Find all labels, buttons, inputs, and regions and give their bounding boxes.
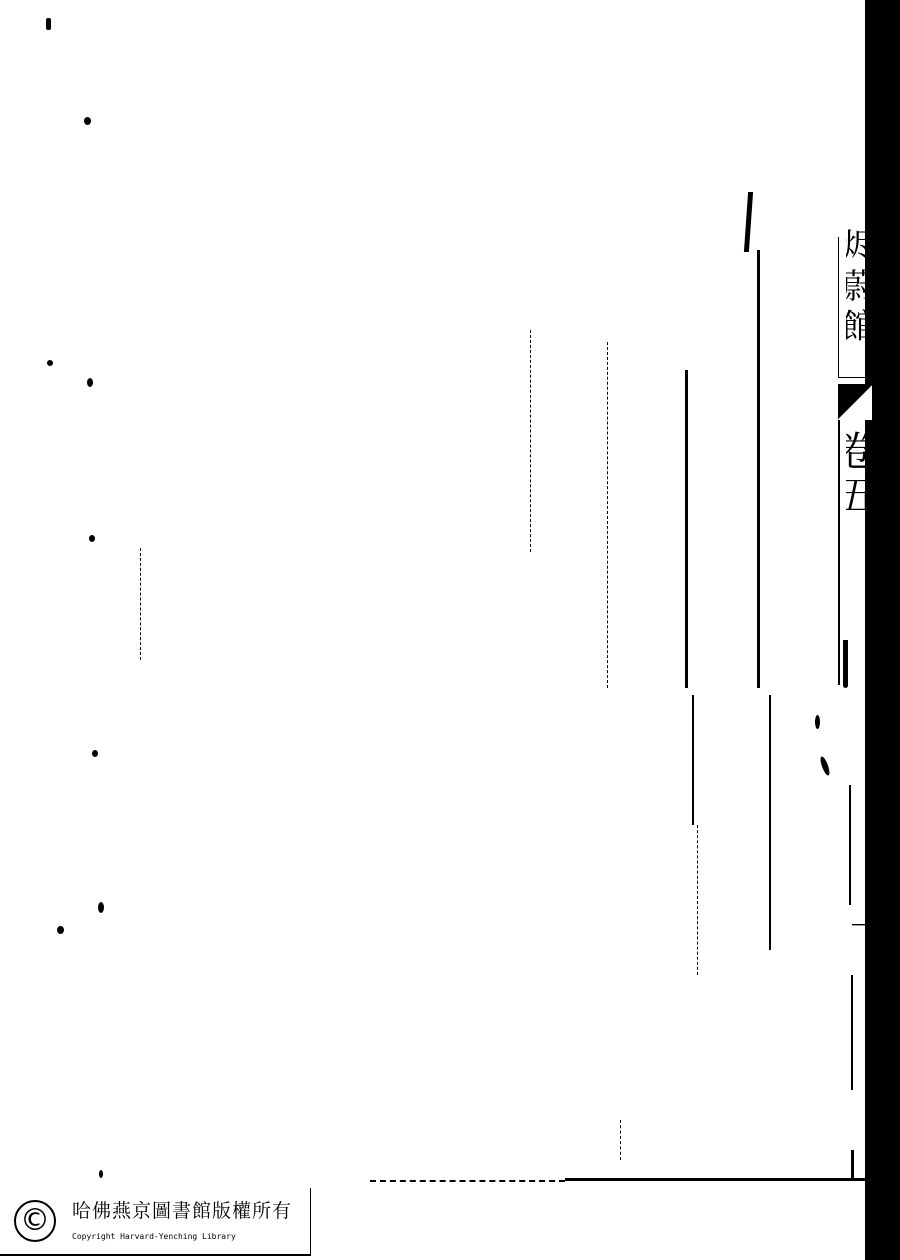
ink-speck: [84, 117, 91, 125]
faint-column-rule: [620, 1120, 621, 1160]
copyright-stamp: © 哈佛燕京圖書館版權所有 Copyright Harvard-Yenching…: [0, 1188, 311, 1256]
column-rule: [757, 250, 760, 688]
copyright-text-english: Copyright Harvard-Yenching Library: [72, 1232, 236, 1241]
border-rule: [843, 640, 848, 688]
bottom-rule-faint: [370, 1180, 565, 1183]
ink-speck: [815, 715, 820, 729]
border-rule: [849, 785, 851, 905]
ink-speck: [47, 360, 53, 366]
scan-black-margin: [865, 0, 900, 1260]
faint-column-rule: [530, 330, 531, 552]
ink-speck: [89, 535, 95, 542]
ink-speck: [46, 18, 51, 30]
column-rule: [692, 695, 694, 825]
fishtail-mark: [838, 384, 872, 420]
bottom-rule: [565, 1178, 875, 1181]
scanned-page: 烬蔚館 卷五 一 © 哈佛燕京圖書館版權所有 Copyright Harvard…: [0, 0, 900, 1260]
ink-speck: [99, 1170, 103, 1178]
border-rule: [851, 1150, 854, 1178]
page-number-fragment: 一: [852, 905, 878, 965]
ink-speck: [98, 902, 104, 913]
faint-column-rule: [697, 825, 698, 975]
copyright-text-chinese: 哈佛燕京圖書館版權所有: [72, 1196, 292, 1223]
volume-label-fragment: 卷五: [846, 430, 874, 540]
column-rule: [769, 695, 771, 950]
ink-speck: [92, 750, 98, 757]
column-rule: [685, 370, 688, 688]
ink-speck: [87, 378, 93, 387]
ink-speck: [57, 926, 64, 934]
ink-speck: [819, 756, 831, 777]
faint-column-rule: [607, 342, 608, 688]
faint-column-rule: [140, 548, 141, 660]
border-rule: [851, 975, 853, 1090]
book-title-fragment: 烬蔚館: [846, 228, 872, 378]
border-rule: [838, 420, 840, 685]
column-rule: [744, 192, 753, 252]
copyright-icon: ©: [14, 1200, 56, 1242]
